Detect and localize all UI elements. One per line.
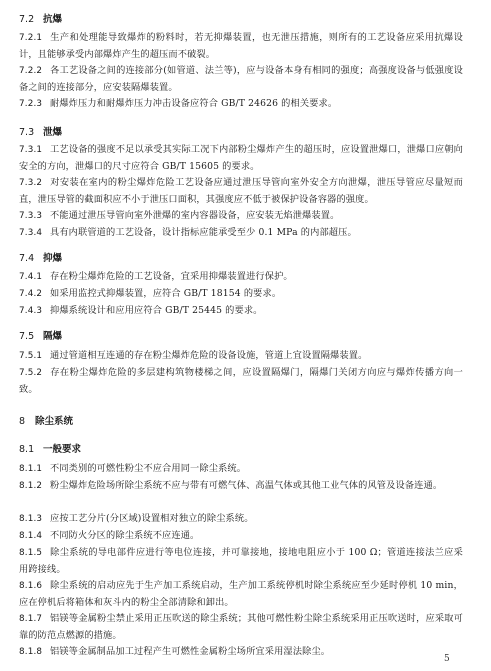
clause-text: 具有内联管道的工艺设备，设计指标应能承受至少 0.1 MPa 的内部超压。 bbox=[50, 227, 357, 238]
clause-text: 不同类别的可燃性粉尘不应合用同一除尘系统。 bbox=[50, 463, 246, 474]
clause-8-1-5: 8.1.5除尘系统的导电部件应进行等电位连接，并可靠接地，接地电阻应小于 100… bbox=[19, 545, 463, 578]
clause-text: 各工艺设备之间的连接部分(如管道、法兰等)，应与设备本身有相同的强度；高强度设备… bbox=[19, 65, 463, 93]
section-title: 泄爆 bbox=[43, 127, 62, 138]
clause-number: 7.3.2 bbox=[19, 175, 50, 192]
section-number: 7.4 bbox=[19, 253, 43, 264]
chapter-heading-8: 8除尘系统 bbox=[19, 413, 73, 427]
clause-number: 7.4.2 bbox=[19, 286, 50, 303]
clause-7-2-3: 7.2.3耐爆炸压力和耐爆炸压力冲击设备应符合 GB/T 24626 的相关要求… bbox=[19, 96, 463, 113]
clause-number: 7.3.1 bbox=[19, 142, 50, 159]
clause-text: 不能通过泄压导管向室外泄爆的室内容器设备，应安装无焰泄爆装置。 bbox=[50, 210, 339, 221]
section-heading-7-3: 7.3泄爆 bbox=[19, 124, 62, 138]
clause-number: 7.2.1 bbox=[19, 30, 50, 47]
clause-number: 8.1.7 bbox=[19, 611, 50, 628]
clause-8-1-7: 8.1.7铝镁等金属粉尘禁止采用正压吹送的除尘系统；其他可燃性粉尘除尘系统采用正… bbox=[19, 611, 463, 644]
clause-text: 耐爆炸压力和耐爆炸压力冲击设备应符合 GB/T 24626 的相关要求。 bbox=[50, 98, 337, 109]
clause-number: 7.3.3 bbox=[19, 208, 50, 225]
clause-text: 对安装在室内的粉尘爆炸危险工艺设备应通过泄压导管向室外安全方向泄爆，泄压导管应尽… bbox=[19, 177, 463, 205]
section-number: 7.5 bbox=[19, 331, 43, 342]
clause-number: 7.4.3 bbox=[19, 303, 50, 320]
clause-number: 7.2.3 bbox=[19, 96, 50, 113]
clause-7-3-2: 7.3.2对安装在室内的粉尘爆炸危险工艺设备应通过泄压导管向室外安全方向泄爆，泄… bbox=[19, 175, 463, 208]
clause-text: 除尘系统的导电部件应进行等电位连接，并可靠接地，接地电阻应小于 100 Ω；管道… bbox=[19, 547, 463, 575]
clause-number: 8.1.8 bbox=[19, 644, 50, 661]
page-number: 5 bbox=[444, 654, 450, 664]
clause-8-1-2: 8.1.2粉尘爆炸危险场所除尘系统不应与带有可燃气体、高温气体或其他工业气体的风… bbox=[19, 478, 463, 495]
clause-text: 粉尘爆炸危险场所除尘系统不应与带有可燃气体、高温气体或其他工业气体的风管及设备连… bbox=[50, 480, 442, 491]
clause-number: 7.5.1 bbox=[19, 348, 50, 365]
clause-7-4-3: 7.4.3抑爆系统设计和应用应符合 GB/T 25445 的要求。 bbox=[19, 303, 463, 320]
clause-number: 7.3.4 bbox=[19, 225, 50, 242]
clause-7-5-1: 7.5.1通过管道相互连通的存在粉尘爆炸危险的设备设施，管道上宜设置隔爆装置。 bbox=[19, 348, 463, 365]
clause-8-1-8: 8.1.8铝镁等金属制品加工过程产生可燃性金属粉尘场所宜采用湿法除尘。 bbox=[19, 644, 463, 661]
chapter-number: 8 bbox=[19, 416, 35, 427]
clause-number: 8.1.6 bbox=[19, 578, 50, 595]
section-number: 7.3 bbox=[19, 127, 43, 138]
section-title: 抗爆 bbox=[43, 14, 62, 25]
clause-text: 如采用监控式抑爆装置，应符合 GB/T 18154 的要求。 bbox=[50, 288, 281, 299]
clause-text: 通过管道相互连通的存在粉尘爆炸危险的设备设施，管道上宜设置隔爆装置。 bbox=[50, 350, 367, 361]
chapter-title: 除尘系统 bbox=[35, 416, 73, 427]
clause-number: 8.1.5 bbox=[19, 545, 50, 562]
clause-text: 存在粉尘爆炸危险的多层建构筑物楼梯之间，应设置隔爆门，隔爆门关闭方向应与爆炸传播… bbox=[19, 367, 463, 395]
clause-number: 8.1.2 bbox=[19, 478, 50, 495]
clause-7-2-1: 7.2.1生产和处理能导致爆炸的粉料时，若无抑爆装置，也无泄压措施，则所有的工艺… bbox=[19, 30, 463, 63]
clause-7-3-3: 7.3.3不能通过泄压导管向室外泄爆的室内容器设备，应安装无焰泄爆装置。 bbox=[19, 208, 463, 225]
clause-text: 除尘系统的启动应先于生产加工系统启动，生产加工系统停机时除尘系统应至少延时停机 … bbox=[19, 580, 463, 608]
clause-7-4-2: 7.4.2如采用监控式抑爆装置，应符合 GB/T 18154 的要求。 bbox=[19, 286, 463, 303]
clause-8-1-3: 8.1.3应按工艺分片(分区域)设置相对独立的除尘系统。 bbox=[19, 511, 463, 528]
section-title: 隔爆 bbox=[43, 331, 62, 342]
clause-7-3-4: 7.3.4具有内联管道的工艺设备，设计指标应能承受至少 0.1 MPa 的内部超… bbox=[19, 225, 463, 242]
section-heading-7-5: 7.5隔爆 bbox=[19, 328, 62, 342]
clause-number: 7.5.2 bbox=[19, 365, 50, 382]
clause-text: 应按工艺分片(分区域)设置相对独立的除尘系统。 bbox=[50, 513, 254, 524]
clause-text: 生产和处理能导致爆炸的粉料时，若无抑爆装置，也无泄压措施，则所有的工艺设备应采用… bbox=[19, 32, 463, 60]
clause-text: 工艺设备的强度不足以承受其实际工况下内部粉尘爆炸产生的超压时，应设置泄爆口，泄爆… bbox=[19, 144, 463, 172]
section-heading-7-4: 7.4抑爆 bbox=[19, 250, 62, 264]
clause-text: 铝镁等金属制品加工过程产生可燃性金属粉尘场所宜采用湿法除尘。 bbox=[50, 646, 330, 657]
section-heading-7-2: 7.2抗爆 bbox=[19, 11, 62, 25]
section-number: 7.2 bbox=[19, 14, 43, 25]
clause-7-3-1: 7.3.1工艺设备的强度不足以承受其实际工况下内部粉尘爆炸产生的超压时，应设置泄… bbox=[19, 142, 463, 175]
clause-number: 7.4.1 bbox=[19, 269, 50, 286]
clause-number: 8.1.4 bbox=[19, 528, 50, 545]
clause-text: 不同防火分区的除尘系统不应连通。 bbox=[50, 530, 199, 541]
clause-number: 8.1.3 bbox=[19, 511, 50, 528]
clause-number: 8.1.1 bbox=[19, 461, 50, 478]
clause-7-4-1: 7.4.1存在粉尘爆炸危险的工艺设备，宜采用抑爆装置进行保护。 bbox=[19, 269, 463, 286]
section-number: 8.1 bbox=[19, 444, 43, 455]
clause-text: 铝镁等金属粉尘禁止采用正压吹送的除尘系统；其他可燃性粉尘除尘系统采用正压吹送时，… bbox=[19, 613, 463, 641]
section-title: 抑爆 bbox=[43, 253, 62, 264]
clause-8-1-1: 8.1.1不同类别的可燃性粉尘不应合用同一除尘系统。 bbox=[19, 461, 463, 478]
clause-8-1-4: 8.1.4不同防火分区的除尘系统不应连通。 bbox=[19, 528, 463, 545]
clause-text: 抑爆系统设计和应用应符合 GB/T 25445 的要求。 bbox=[50, 305, 263, 316]
clause-8-1-6: 8.1.6除尘系统的启动应先于生产加工系统启动，生产加工系统停机时除尘系统应至少… bbox=[19, 578, 463, 611]
clause-7-2-2: 7.2.2各工艺设备之间的连接部分(如管道、法兰等)，应与设备本身有相同的强度；… bbox=[19, 63, 463, 96]
section-title: 一般要求 bbox=[43, 444, 81, 455]
clause-number: 7.2.2 bbox=[19, 63, 50, 80]
section-heading-8-1: 8.1一般要求 bbox=[19, 441, 81, 455]
clause-7-5-2: 7.5.2存在粉尘爆炸危险的多层建构筑物楼梯之间，应设置隔爆门，隔爆门关闭方向应… bbox=[19, 365, 463, 398]
clause-text: 存在粉尘爆炸危险的工艺设备，宜采用抑爆装置进行保护。 bbox=[50, 271, 293, 282]
